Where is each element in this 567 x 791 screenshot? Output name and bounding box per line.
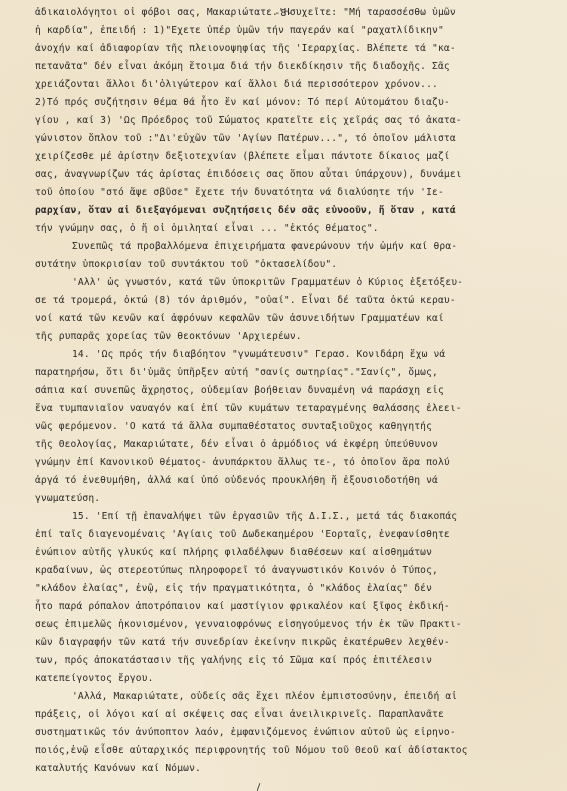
text-line: 14. 'Ως πρός τήν διαβόητον "γνωμάτευσιν"… [72, 349, 445, 361]
text-line: 'Αλλά, Μακαριώτατε, οὐδείς σᾶς ἔχει πλέο… [72, 691, 457, 703]
text-line: ἕνα τυμπανιαῖον ναυαγόν καί ἐπί τῶν κυμά… [35, 403, 462, 415]
text-line: 2)Τό πρός συζήτησιν θέμα θά ἦτο ἕν καί μ… [35, 97, 450, 109]
text-line: ἀδικαιολόγητοι οἱ φόβοι σας, Μακαριώτατε… [35, 7, 456, 19]
text-line: συστηματικῶς τόν ἀνύποπτον λαόν, ἐμφανιζ… [35, 727, 456, 739]
text-line: ἐπί ταῖς διαγενομέναις 'Αγίαις τοῦ Δωδεκ… [35, 529, 450, 541]
text-line: ραρχίαν, ὅταν αἱ διεξαγόμεναι συζητήσεις… [35, 205, 456, 217]
text-line: ἐνώπιον αὐτῆς γλυκύς καί πλήρης φιλαδέλφ… [35, 547, 432, 559]
text-line: κατεπείγοντος ἔργου. [35, 673, 154, 685]
text-line: τήν γνώμην σας, ὁ ἤ οἱ ὁμιληταί εἶναι ..… [35, 223, 379, 235]
text-line: τῆς Θεολογίας, Μακαριώτατε, δέν εἶναι ὁ … [35, 439, 438, 451]
text-line: νοί κατά τῶν κενῶν καί ἀφρόνων κεφαλῶν τ… [35, 313, 444, 325]
text-line: καταλυτής Κανόνων καί Νόμων. [35, 763, 201, 775]
text-line: ἀργά τό ἐνεθυμήθη, ἀλλά καί ὑπό οὐδενός … [35, 475, 438, 487]
text-line: των, πρός ἀποκατάστασιν τῆς γαλήνης εἰς … [35, 655, 432, 667]
stray-mark [257, 783, 261, 791]
typewritten-page: -8- ἀδικαιολόγητοι οἱ φόβοι σας, Μακαριώ… [0, 0, 567, 791]
text-line: γώνιστον ὅπλον τοῦ :"Δι'εὐχῶν τῶν 'Αγίων… [35, 133, 456, 145]
text-line: ποιός,ἐνῷ εἶσθε αὐταρχικός περιφρονητής … [35, 745, 468, 757]
text-line: συτάτην ὑποκρισίαν τοῦ συντάκτου τοῦ "ὀκ… [35, 259, 337, 271]
text-line: γίου , καί 3) 'Ως Πρόεδρος τοῦ Σώματος κ… [35, 115, 462, 127]
text-line: ἡ καρδία", ἐπειδή : 1)"Εχετε ὑπέρ ὑμῶν τ… [35, 25, 444, 37]
text-line: κῶν διαγραφήν τῶν κατά τήν συνεδρίαν ἐκε… [35, 637, 450, 649]
text-line: τῆς ρυπαρᾶς χορείας τῶν θεοκτόνων 'Αρχιε… [35, 331, 302, 343]
text-line: σεως ἐπιμελῶς ἠκονισμένον, γενναιοφρόνως… [35, 619, 462, 631]
text-line: ἦτο παρά ρόπαλον ἀποτρόπαιον καί μαστίγι… [35, 601, 450, 613]
text-line: ἀνοχήν καί ἀδιαφορίαν τῆς πλειονοψηφίας … [35, 43, 456, 55]
text-line: χειρίζεσθε μέ ἀρίστην δεξιοτεχνίαν (βλέπ… [35, 151, 450, 163]
text-line: 'Αλλ' ὡς γνωστόν, κατά τῶν ὑποκριτῶν Γρα… [72, 277, 463, 289]
text-line: τοῦ ὁποίου "στό ἄψε σβῦσε" ἔχετε τήν δυν… [35, 187, 444, 199]
text-line: σας, ἀναγνωρίζων τάς ἀρίστας ἐπιδόσεις σ… [35, 169, 462, 181]
text-line: γνωματεύση. [35, 493, 100, 505]
text-line: παρατηρήσω, ὅτι δι'ὑμᾶς ὑπῆρξεν αὐτή "σα… [35, 367, 438, 379]
text-line: σε τά τρομερά, ὀκτώ (8) τόν ἀριθμόν, "οὐ… [35, 295, 456, 307]
text-line: 15. 'Επί τῇ ἐπαναλήψει τῶν ἐργασιῶν τῆς … [72, 511, 457, 523]
text-line: σάπια καί συνεπῶς ἄχρηστος, οὐδεμίαν βοή… [35, 385, 444, 397]
text-line: πετανᾶτα" δέν εἶναι ἀκόμη ἕτοιμα διά τήν… [35, 61, 450, 73]
text-line: νῶς φερόμενον. 'Ο κατά τά ἄλλα συμπαθέστ… [35, 421, 432, 433]
text-line: Συνεπῶς τά προβαλλόμενα ἐπιχειρήματα φαν… [72, 241, 457, 253]
text-line: "κλάδον ἐλαίας", ἐνῷ, εἰς τήν πραγματικό… [35, 583, 432, 595]
text-line: πράξεις, οἱ λόγοι καί αἱ σκέψεις σας εἶν… [35, 709, 444, 721]
text-line: γνώμην ἐπί Κανονικοῦ θέματος- ἀνυπάρκτου… [35, 457, 450, 469]
text-line: χρειάζονται ἄλλοι δι'ὀλιγώτερον καί ἄλλο… [35, 79, 438, 91]
text-line: κραδαίνων, ὡς στερεοτύπως πληροφορεῖ τό … [35, 565, 438, 577]
